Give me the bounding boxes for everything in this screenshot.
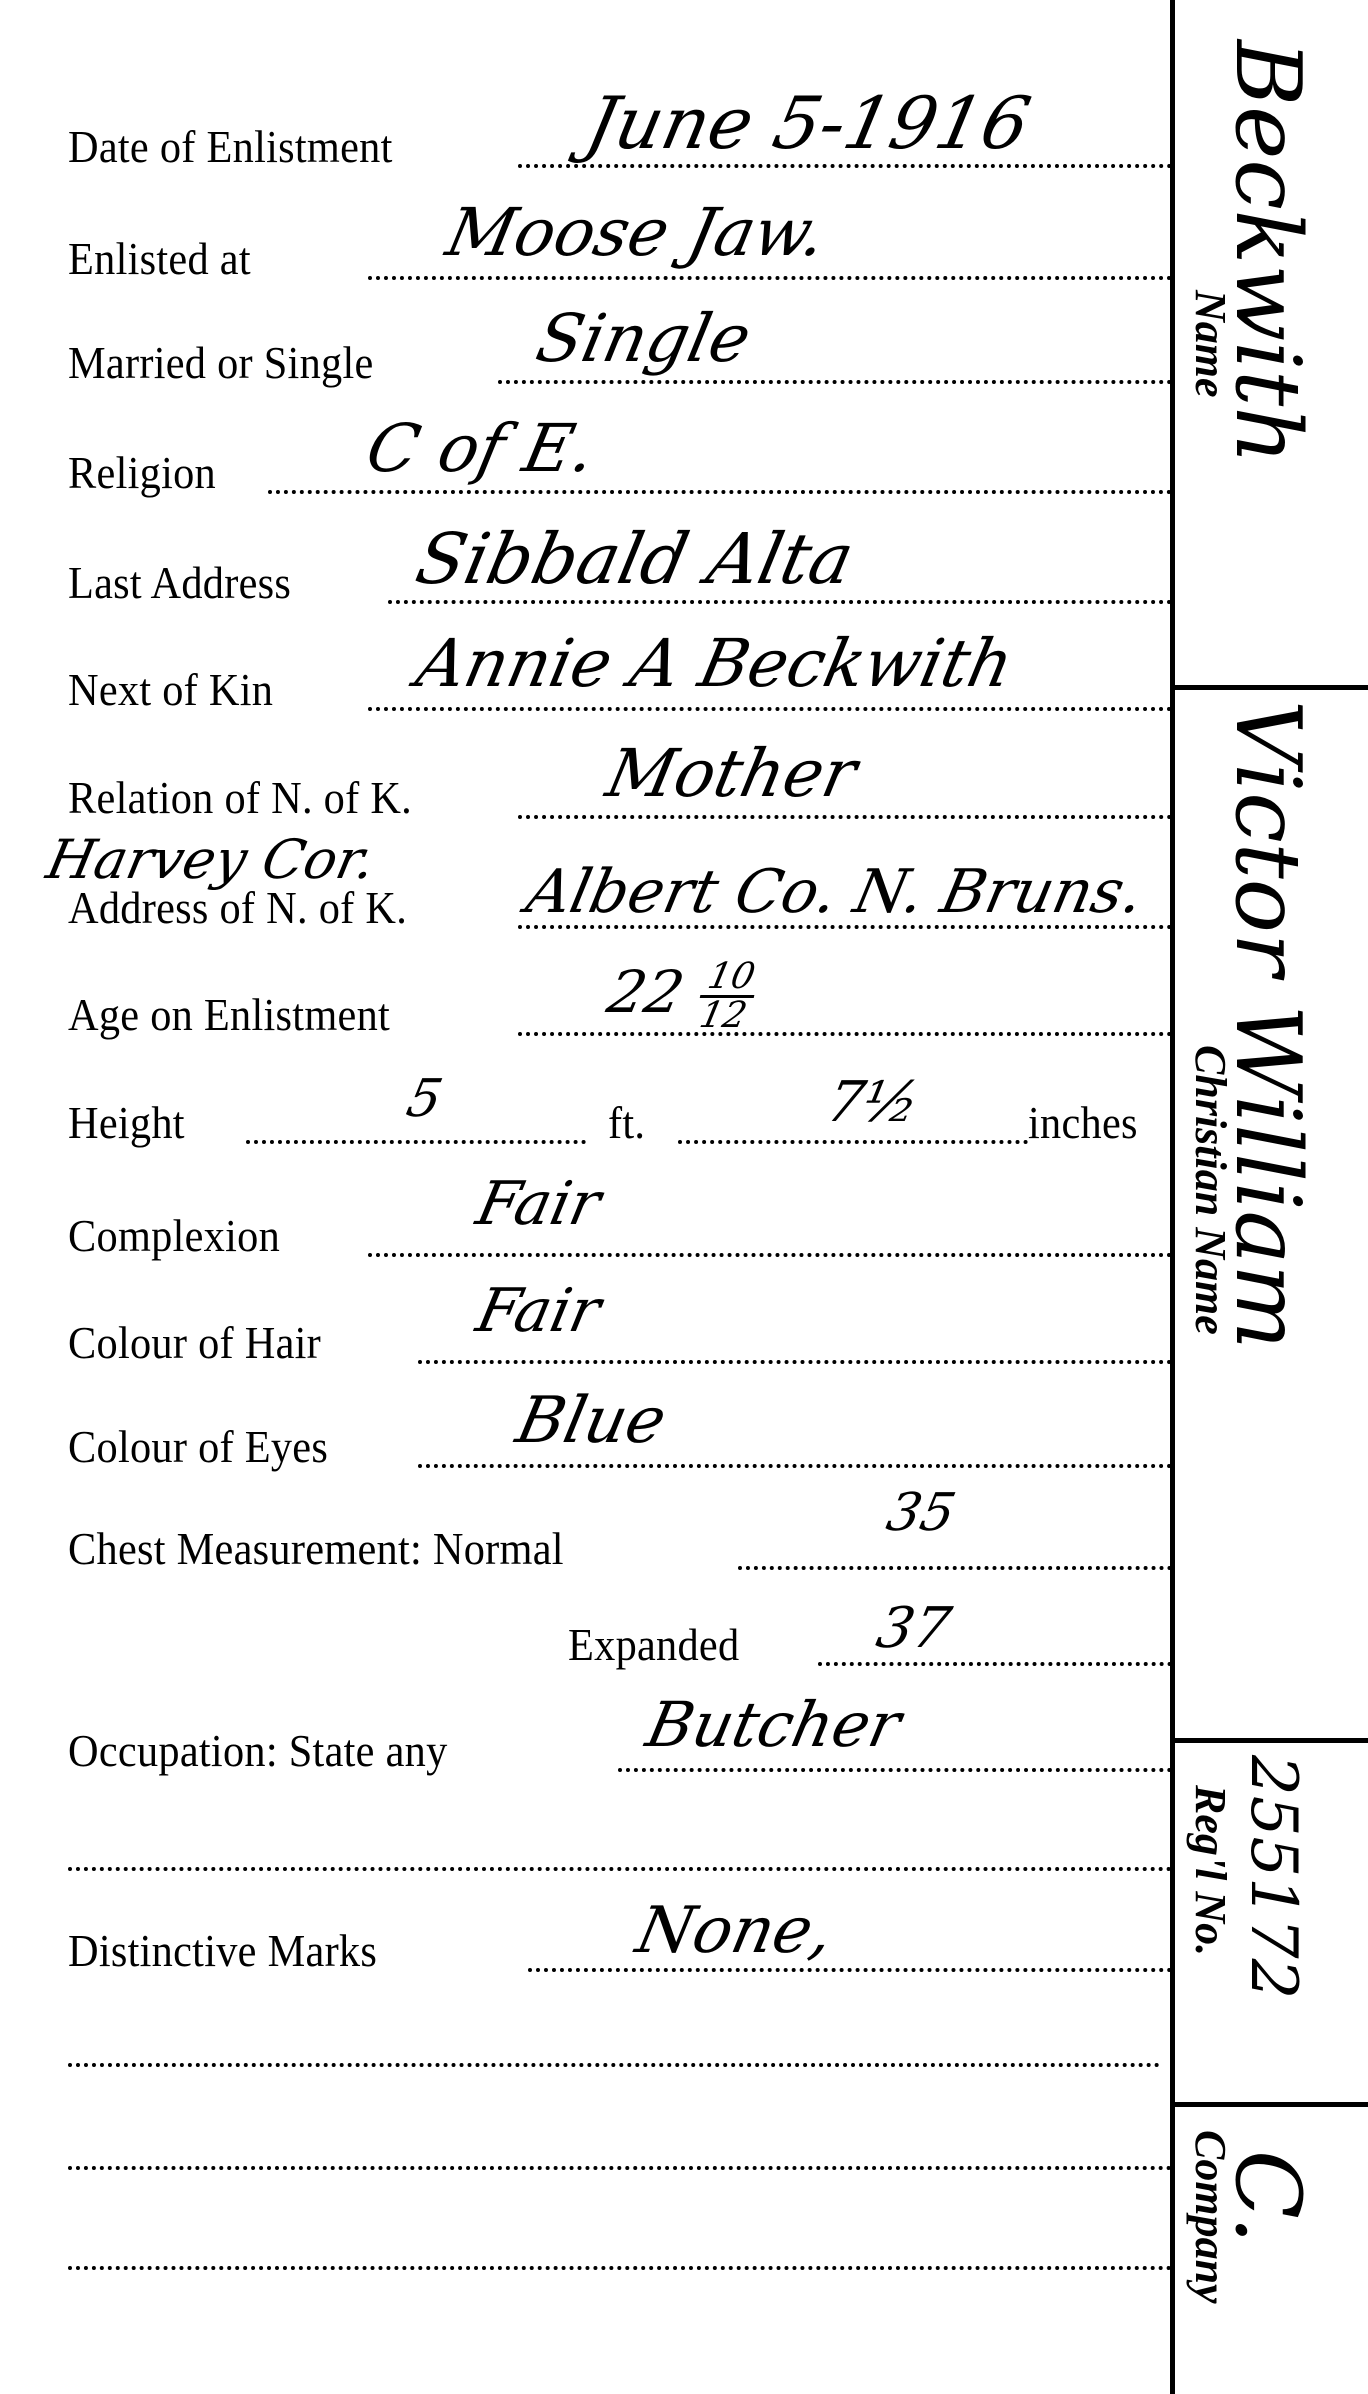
field-value[interactable]: Mother — [601, 741, 862, 807]
dotted-line — [528, 1968, 1172, 1972]
dotted-line — [268, 490, 1172, 494]
height-feet-unit: ft. — [608, 1100, 645, 1146]
age-fraction-denominator: 12 — [692, 998, 753, 1034]
field-address-next-of-kin: Harvey Cor. Address of N. of K. Albert C… — [68, 871, 1172, 931]
field-distinctive-marks-line-3 — [68, 2112, 1172, 2172]
field-next-of-kin: Next of Kin Annie A Beckwith — [68, 653, 1172, 713]
dotted-line — [498, 380, 1172, 384]
field-age-on-enlistment: Age on Enlistment 22 10 12 — [68, 978, 1172, 1038]
field-label: Expanded — [568, 1622, 739, 1668]
dotted-line[interactable] — [68, 1867, 1172, 1871]
field-distinctive-marks-line-4 — [68, 2212, 1172, 2272]
age-years: 22 — [602, 958, 690, 1026]
height-feet-value[interactable]: 5 — [401, 1066, 448, 1132]
height-inches-value[interactable]: 7½ — [821, 1070, 925, 1136]
field-label: Date of Enlistment — [68, 124, 393, 170]
field-chest-normal: Chest Measurement: Normal 35 — [68, 1512, 1172, 1572]
dotted-line — [368, 276, 1172, 280]
dotted-line[interactable] — [68, 2063, 1160, 2067]
field-value[interactable]: Albert Co. N. Bruns. — [521, 859, 1149, 925]
field-label: Occupation: State any — [68, 1728, 448, 1774]
field-distinctive-marks: Distinctive Marks None, — [68, 1914, 1172, 1974]
field-value[interactable]: June 5-1916 — [581, 90, 1036, 156]
field-value[interactable]: Butcher — [641, 1692, 906, 1758]
field-colour-of-hair: Colour of Hair Fair — [68, 1306, 1172, 1366]
field-label: Religion — [68, 450, 216, 496]
field-occupation: Occupation: State any Butcher — [68, 1714, 1172, 1774]
field-label: Enlisted at — [68, 236, 251, 282]
field-label: Last Address — [68, 560, 291, 606]
field-value[interactable]: C of E. — [361, 416, 601, 482]
dotted-line[interactable] — [68, 2166, 1172, 2170]
field-value[interactable]: 22 10 12 — [600, 959, 762, 1034]
age-fraction-numerator: 10 — [700, 959, 762, 998]
dotted-line — [368, 1253, 1172, 1257]
dotted-line — [418, 1360, 1172, 1364]
sidebar-regimental-no-value[interactable]: 255172 — [1236, 1755, 1310, 1999]
dotted-line — [618, 1768, 1172, 1772]
field-value[interactable]: None, — [631, 1898, 839, 1964]
dotted-line — [246, 1140, 586, 1144]
field-label: Colour of Hair — [68, 1320, 321, 1366]
sidebar-divider — [1170, 0, 1175, 2394]
dotted-line[interactable] — [68, 2266, 1172, 2270]
field-label: Complexion — [68, 1213, 280, 1259]
sidebar-section-divider — [1172, 1738, 1368, 1743]
sidebar-regimental-no-label: Reg'l No. — [1185, 1785, 1236, 1956]
dotted-line — [678, 1140, 1028, 1144]
field-value[interactable]: 37 — [871, 1596, 956, 1662]
dotted-line — [738, 1566, 1172, 1570]
height-inches-unit: inches — [1028, 1100, 1138, 1146]
field-value[interactable]: Blue — [511, 1388, 672, 1454]
field-label: Age on Enlistment — [68, 992, 390, 1038]
field-distinctive-marks-line-2 — [68, 2009, 1172, 2069]
dotted-line — [368, 707, 1172, 711]
field-date-of-enlistment: Date of Enlistment June 5-1916 — [68, 110, 1172, 170]
field-label: Married or Single — [68, 340, 374, 386]
field-enlisted-at: Enlisted at Moose Jaw. — [68, 222, 1172, 282]
field-label: Distinctive Marks — [68, 1928, 377, 1974]
dotted-line — [518, 815, 1172, 819]
field-value[interactable]: Fair — [471, 1171, 606, 1237]
sidebar-name-value[interactable]: Beckwith — [1215, 40, 1320, 464]
field-height: Height 5 ft. 7½ inches — [68, 1086, 1172, 1146]
dotted-line — [818, 1662, 1172, 1666]
field-value[interactable]: 35 — [881, 1480, 961, 1546]
sidebar-christian-name-value[interactable]: Victor William — [1215, 700, 1320, 1350]
field-chest-expanded: Expanded 37 — [68, 1608, 1172, 1668]
field-label: Next of Kin — [68, 667, 273, 713]
field-value[interactable]: Fair — [471, 1278, 606, 1344]
field-value[interactable]: Sibbald Alta — [411, 526, 859, 592]
field-occupation-continued — [68, 1813, 1172, 1873]
field-last-address: Last Address Sibbald Alta — [68, 546, 1172, 606]
sidebar-section-divider — [1172, 685, 1368, 690]
dotted-line — [388, 600, 1172, 604]
dotted-line — [418, 1464, 1172, 1468]
field-label: Chest Measurement: Normal — [68, 1526, 564, 1572]
age-fraction: 10 12 — [692, 959, 762, 1034]
field-value[interactable]: Moose Jaw. — [441, 200, 831, 266]
field-label: Colour of Eyes — [68, 1424, 328, 1470]
field-colour-of-eyes: Colour of Eyes Blue — [68, 1410, 1172, 1470]
field-married-or-single: Married or Single Single — [68, 326, 1172, 386]
field-religion: Religion C of E. — [68, 436, 1172, 496]
sidebar-section-divider — [1172, 2102, 1368, 2107]
field-complexion: Complexion Fair — [68, 1199, 1172, 1259]
field-value[interactable]: Annie A Beckwith — [411, 631, 1019, 697]
field-label: Height — [68, 1100, 185, 1146]
field-label: Address of N. of K. — [68, 885, 407, 931]
field-label: Relation of N. of K. — [68, 775, 412, 821]
sidebar-company-value[interactable]: C. — [1215, 2150, 1320, 2244]
field-value[interactable]: Single — [531, 306, 756, 372]
field-relation-next-of-kin: Relation of N. of K. Mother — [68, 761, 1172, 821]
